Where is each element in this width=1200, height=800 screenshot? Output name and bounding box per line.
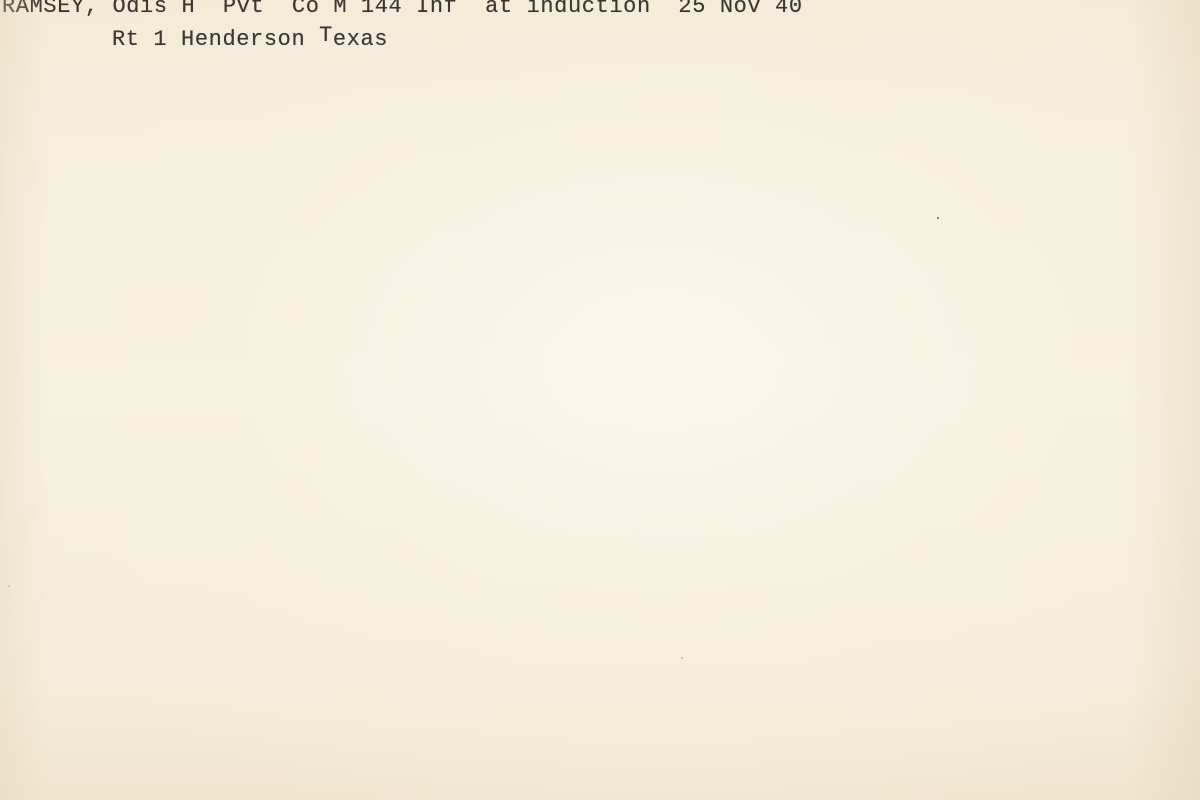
paper-speck [937, 217, 939, 219]
induction-date: 25 Nov 40 [678, 0, 802, 19]
state-initial: T [319, 23, 333, 48]
surname: RAMSEY, [2, 0, 99, 19]
route: Rt 1 [112, 27, 167, 52]
given-names: Odis H [112, 0, 195, 19]
rank: Pvt [223, 0, 264, 19]
state: Texas [319, 23, 388, 52]
paper-speck [681, 657, 683, 659]
unit: Co M 144 Inf [292, 0, 458, 19]
state-rest: exas [333, 27, 388, 52]
city: Henderson [181, 27, 305, 52]
index-card: RAMSEY, Odis H Pvt Co M 144 Inf at induc… [0, 0, 1200, 800]
paper-speck [8, 585, 10, 587]
address-line: Rt 1 Henderson Texas [112, 29, 388, 51]
induction-note: at induction [485, 0, 651, 19]
header-line: RAMSEY, Odis H Pvt Co M 144 Inf at induc… [2, 0, 803, 18]
